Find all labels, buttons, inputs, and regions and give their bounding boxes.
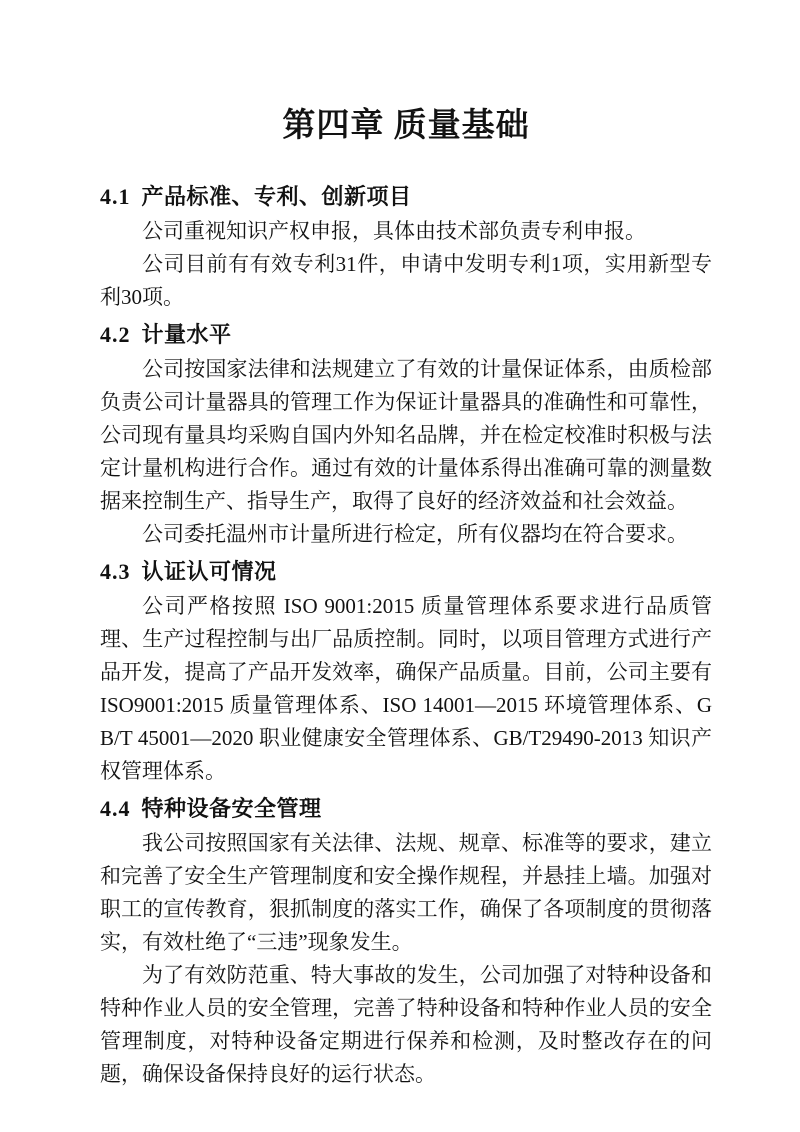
section-number: 4.1	[100, 184, 131, 209]
section-4-4: 4.4特种设备安全管理 我公司按照国家有关法律、法规、规章、标准等的要求，建立和…	[100, 794, 712, 1091]
section-4-3: 4.3认证认可情况 公司严格按照 ISO 9001:2015 质量管理体系要求进…	[100, 557, 712, 788]
paragraph: 为了有效防范重、特大事故的发生，公司加强了对特种设备和特种作业人员的安全管理，完…	[100, 959, 712, 1091]
section-title: 认证认可情况	[142, 559, 277, 584]
paragraph: 我公司按照国家有关法律、法规、规章、标准等的要求，建立和完善了安全生产管理制度和…	[100, 827, 712, 959]
section-heading-4-4: 4.4特种设备安全管理	[100, 794, 712, 824]
chapter-title: 第四章 质量基础	[100, 106, 712, 146]
section-heading-4-3: 4.3认证认可情况	[100, 557, 712, 587]
section-title: 产品标准、专利、创新项目	[142, 184, 412, 209]
section-4-1: 4.1产品标准、专利、创新项目 公司重视知识产权申报，具体由技术部负责专利申报。…	[100, 182, 712, 314]
section-number: 4.4	[100, 796, 131, 821]
paragraph: 公司目前有有效专利31件，申请中发明专利1项，实用新型专利30项。	[100, 248, 712, 314]
section-title: 计量水平	[142, 322, 232, 347]
section-heading-4-2: 4.2计量水平	[100, 320, 712, 350]
document-page: 第四章 质量基础 4.1产品标准、专利、创新项目 公司重视知识产权申报，具体由技…	[0, 0, 800, 1132]
section-title: 特种设备安全管理	[142, 796, 322, 821]
paragraph: 公司委托温州市计量所进行检定，所有仪器均在符合要求。	[100, 518, 712, 551]
paragraph: 公司严格按照 ISO 9001:2015 质量管理体系要求进行品质管理、生产过程…	[100, 590, 712, 788]
section-heading-4-1: 4.1产品标准、专利、创新项目	[100, 182, 712, 212]
section-number: 4.3	[100, 559, 131, 584]
paragraph: 公司按国家法律和法规建立了有效的计量保证体系，由质检部负责公司计量器具的管理工作…	[100, 353, 712, 518]
section-number: 4.2	[100, 322, 131, 347]
section-4-2: 4.2计量水平 公司按国家法律和法规建立了有效的计量保证体系，由质检部负责公司计…	[100, 320, 712, 551]
paragraph: 公司重视知识产权申报，具体由技术部负责专利申报。	[100, 215, 712, 248]
